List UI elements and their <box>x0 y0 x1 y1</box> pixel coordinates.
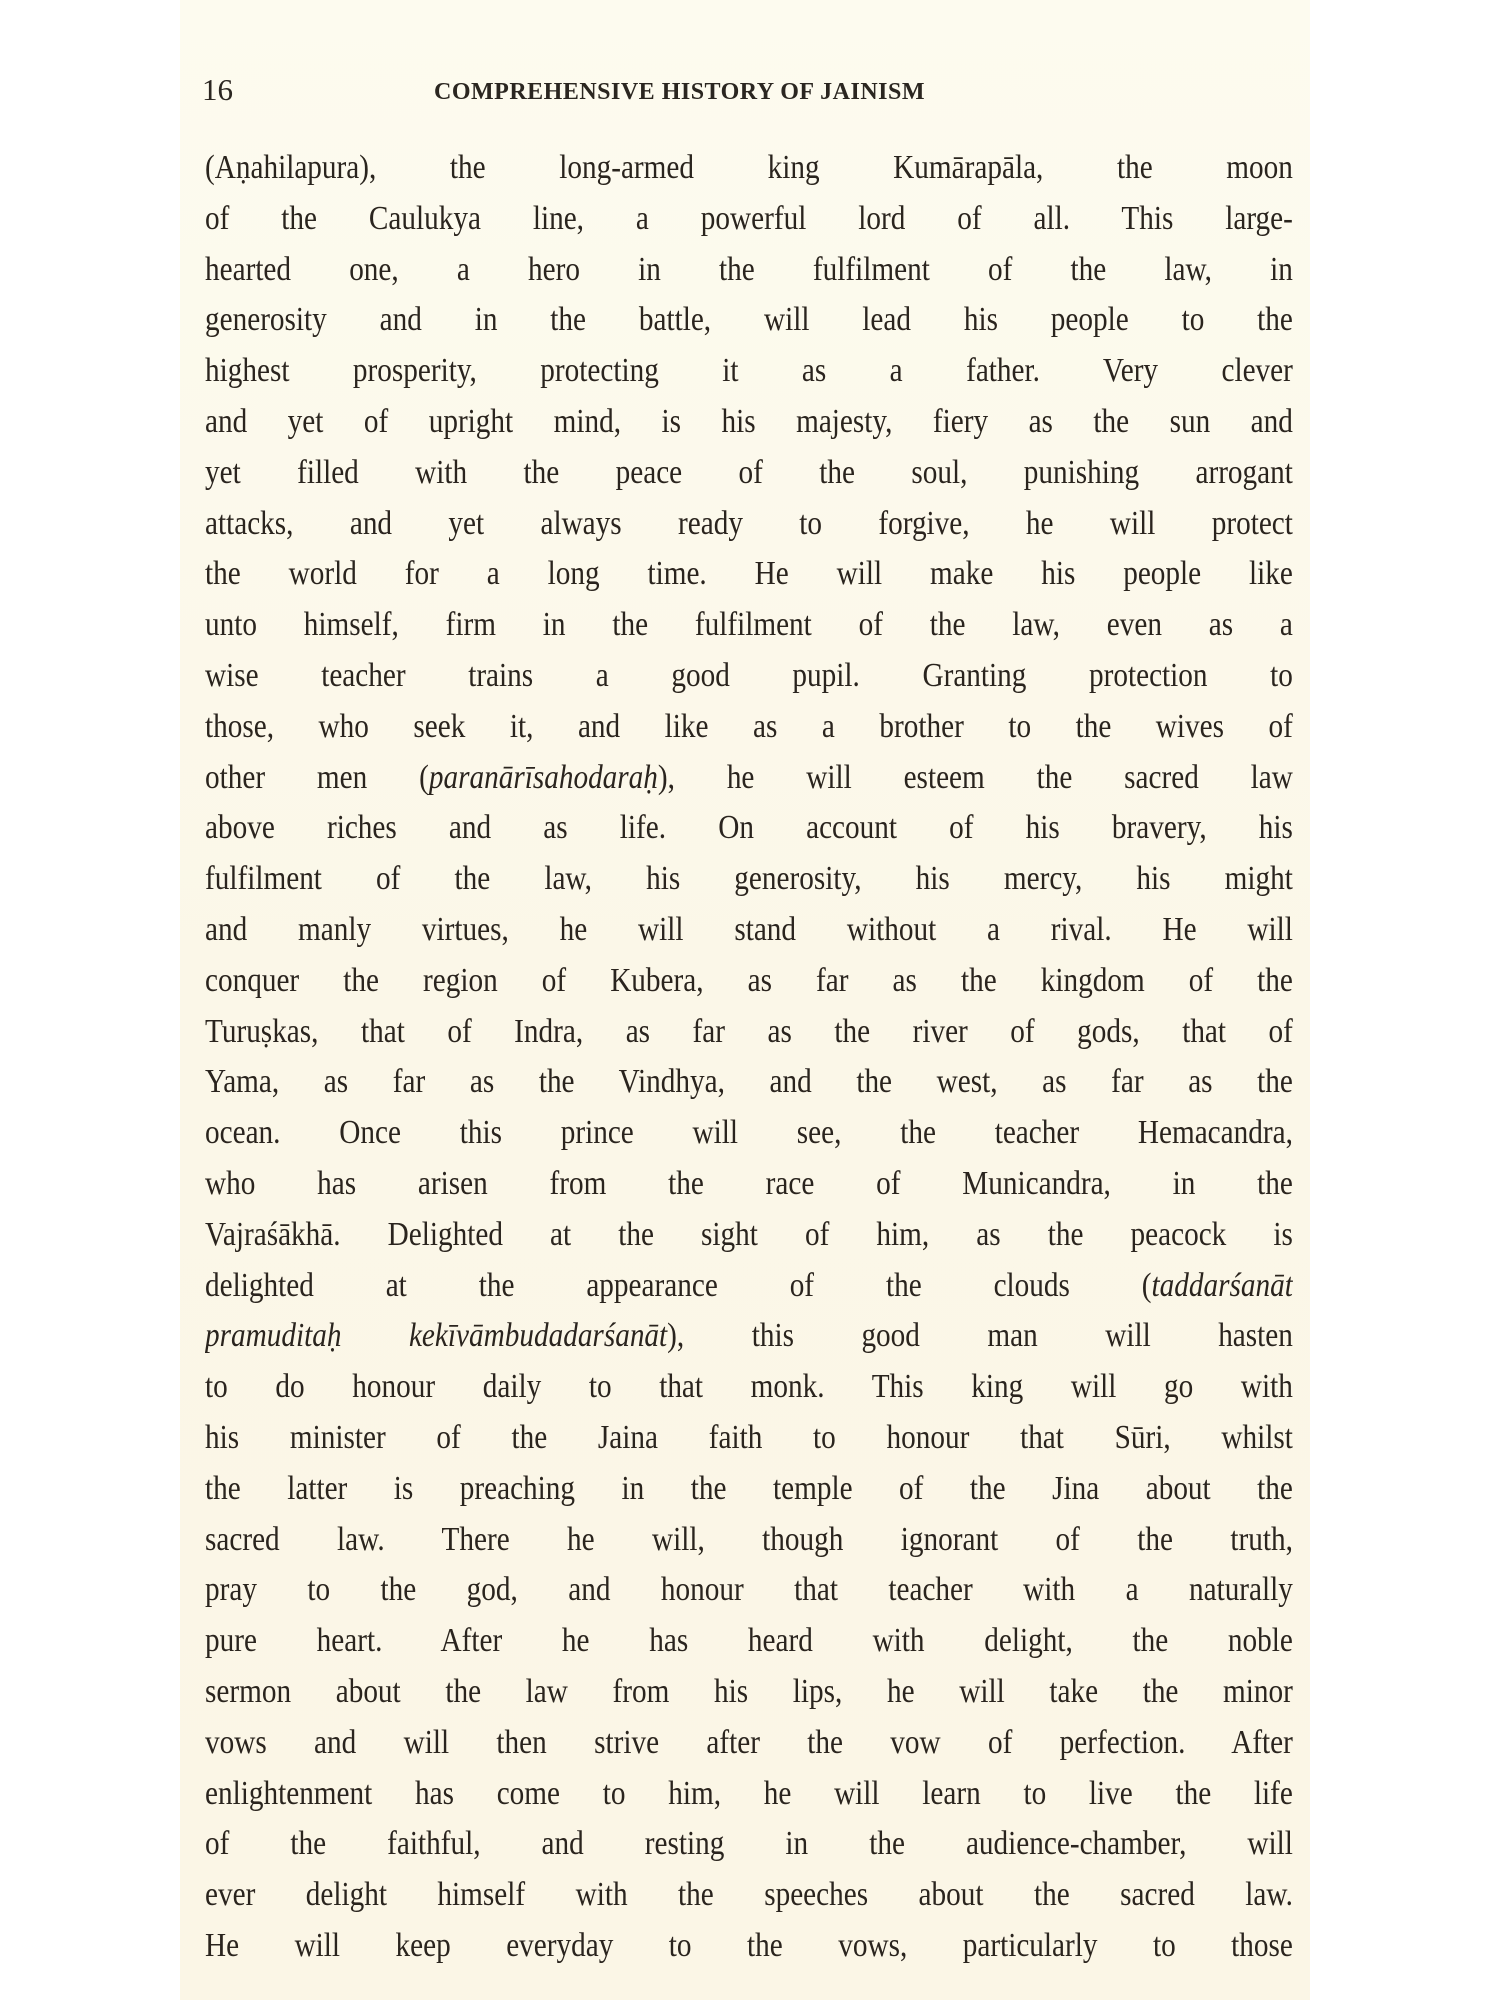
text-line: sermon about the law from his lips, he w… <box>205 1667 1293 1718</box>
text-line: delighted at the appearance of the cloud… <box>205 1261 1293 1312</box>
text-segment: ), this good man will hasten <box>667 1317 1293 1354</box>
text-line: to do honour daily to that monk. This ki… <box>205 1362 1293 1413</box>
text-line: other men (paranārīsahodaraḥ), he will e… <box>205 753 1293 804</box>
text-line: sacred law. There he will, though ignora… <box>205 1515 1293 1566</box>
text-line: above riches and as life. On account of … <box>205 803 1293 854</box>
sanskrit-term: taddarśanāt <box>1152 1267 1293 1304</box>
sanskrit-term: paranārīsahodaraḥ <box>429 759 658 796</box>
text-segment: other men ( <box>205 759 429 796</box>
text-line: fulfilment of the law, his generosity, h… <box>205 854 1293 905</box>
text-line: ocean. Once this prince will see, the te… <box>205 1108 1293 1159</box>
text-line: those, who seek it, and like as a brothe… <box>205 702 1293 753</box>
text-line: vows and will then strive after the vow … <box>205 1718 1293 1769</box>
text-line: yet filled with the peace of the soul, p… <box>205 448 1293 499</box>
text-line: Turuṣkas, that of Indra, as far as the r… <box>205 1007 1293 1058</box>
text-line: pure heart. After he has heard with deli… <box>205 1616 1293 1667</box>
text-line: the world for a long time. He will make … <box>205 549 1293 600</box>
text-line: hearted one, a hero in the fulfilment of… <box>205 245 1293 296</box>
text-line: the latter is preaching in the temple of… <box>205 1464 1293 1515</box>
text-line: who has arisen from the race of Municand… <box>205 1159 1293 1210</box>
text-line: unto himself, firm in the fulfilment of … <box>205 600 1293 651</box>
body-text: (Aṇahilapura), the long-armed king Kumār… <box>205 143 1295 1972</box>
running-header: 16 COMPREHENSIVE HISTORY OF JAINISM <box>202 70 1032 110</box>
text-line: and manly virtues, he will stand without… <box>205 905 1293 956</box>
text-line: pray to the god, and honour that teacher… <box>205 1565 1293 1616</box>
text-line: ever delight himself with the speeches a… <box>205 1870 1293 1921</box>
text-line: conquer the region of Kubera, as far as … <box>205 956 1293 1007</box>
text-line: his minister of the Jaina faith to honou… <box>205 1413 1293 1464</box>
text-line: and yet of upright mind, is his majesty,… <box>205 397 1293 448</box>
text-line: of the faithful, and resting in the audi… <box>205 1819 1293 1870</box>
text-line: highest prosperity, protecting it as a f… <box>205 346 1293 397</box>
text-line: (Aṇahilapura), the long-armed king Kumār… <box>205 143 1293 194</box>
text-line: Yama, as far as the Vindhya, and the wes… <box>205 1057 1293 1108</box>
sanskrit-term: pramuditaḥ kekīvāmbudadarśanāt <box>205 1317 667 1354</box>
text-line: wise teacher trains a good pupil. Granti… <box>205 651 1293 702</box>
text-line: of the Caulukya line, a powerful lord of… <box>205 194 1293 245</box>
page-number: 16 <box>202 70 233 110</box>
text-line: enlightenment has come to him, he will l… <box>205 1769 1293 1820</box>
text-line: generosity and in the battle, will lead … <box>205 295 1293 346</box>
text-segment: ), he will esteem the sacred law <box>658 759 1293 796</box>
text-line: pramuditaḥ kekīvāmbudadarśanāt), this go… <box>205 1311 1293 1362</box>
text-line: He will keep everyday to the vows, parti… <box>205 1921 1293 1972</box>
running-title: COMPREHENSIVE HISTORY OF JAINISM <box>434 74 925 110</box>
text-segment: delighted at the appearance of the cloud… <box>205 1267 1152 1304</box>
text-line: Vajraśākhā. Delighted at the sight of hi… <box>205 1210 1293 1261</box>
text-line: attacks, and yet always ready to forgive… <box>205 499 1293 550</box>
